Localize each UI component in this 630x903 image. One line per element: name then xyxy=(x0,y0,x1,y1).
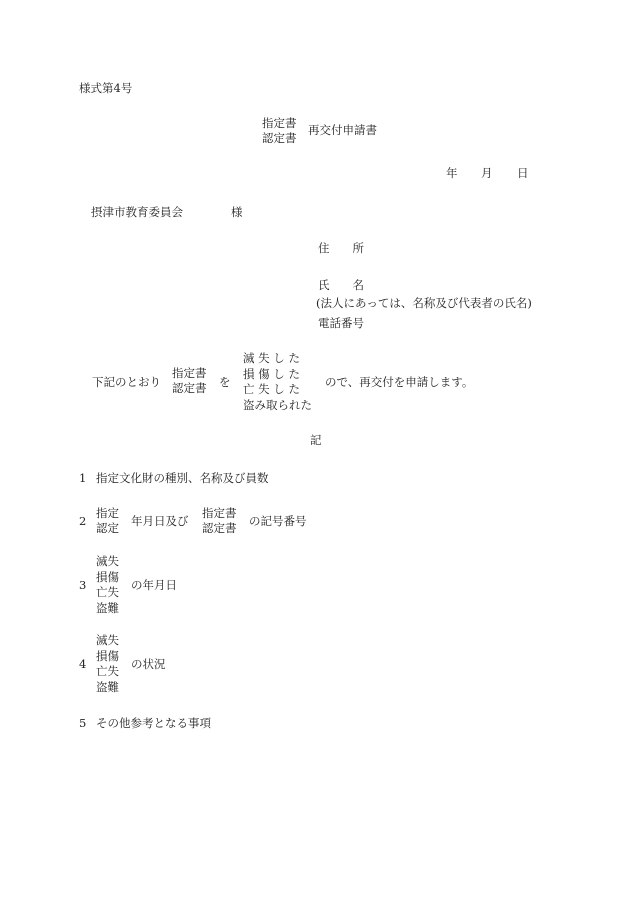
item-3-option-lost: 滅失 xyxy=(96,556,119,568)
item-4-option-damaged: 損傷 xyxy=(96,651,119,663)
item-2-suffix: の記号番号 xyxy=(249,516,307,528)
date-day-label: 日 xyxy=(517,168,529,180)
item-4-suffix: の状況 xyxy=(131,659,166,671)
item-2-number: 2 xyxy=(79,516,86,528)
item-2-middle: 年月日及び xyxy=(131,516,189,528)
item-3-option-stolen: 盗難 xyxy=(96,603,119,615)
addressee-honorific: 様 xyxy=(231,207,243,219)
ki-heading: 記 xyxy=(310,435,322,447)
form-number: 様式第4号 xyxy=(79,83,132,95)
statement-option-ninteisho: 認定書 xyxy=(172,383,207,395)
item-1-text: 指定文化財の種別、名称及び員数 xyxy=(96,473,269,485)
title-option-shiteisho: 指定書 xyxy=(262,118,297,130)
item-2-option-ninteisho: 認定書 xyxy=(202,523,237,535)
phone-label: 電話番号 xyxy=(318,318,364,330)
item-2-option-shiteisho: 指定書 xyxy=(202,508,237,520)
title-doc-options: 指定書 認定書 xyxy=(262,118,297,144)
item-2-option-nintei: 認定 xyxy=(96,523,119,535)
item-2-options-a: 指定 認定 xyxy=(96,508,119,534)
item-4-options: 滅失 損傷 亡失 盗難 xyxy=(96,635,119,693)
item-3-options: 滅失 損傷 亡失 盗難 xyxy=(96,556,119,614)
item-4-option-missing: 亡失 xyxy=(96,666,119,678)
addressee-name: 摂津市教育委員会 xyxy=(91,207,183,219)
name-label: 氏 名 xyxy=(318,280,364,292)
page-title: 再交付申請書 xyxy=(308,125,377,137)
date-year-label: 年 xyxy=(446,168,458,180)
item-3-option-damaged: 損傷 xyxy=(96,572,119,584)
item-1-number: 1 xyxy=(79,473,86,485)
item-2-options-b: 指定書 認定書 xyxy=(202,508,237,534)
reason-option-lost: 滅 失 し た xyxy=(243,353,312,365)
title-option-ninteisho: 認定書 xyxy=(262,133,297,145)
item-3-number: 3 xyxy=(79,580,86,592)
reason-option-stolen: 盗み取られた xyxy=(243,400,312,412)
statement-reason-options: 滅 失 し た 損 傷 し た 亡 失 し た 盗み取られた xyxy=(243,353,312,411)
reason-option-damaged: 損 傷 し た xyxy=(243,369,312,381)
item-5-number: 5 xyxy=(79,718,86,730)
address-label: 住 所 xyxy=(318,243,364,255)
item-3-option-missing: 亡失 xyxy=(96,587,119,599)
statement-particle: を xyxy=(219,377,231,389)
name-note: (法人にあっては、名称及び代表者の氏名) xyxy=(316,298,532,310)
item-3-suffix: の年月日 xyxy=(131,580,177,592)
statement-option-shiteisho: 指定書 xyxy=(172,368,207,380)
date-month-label: 月 xyxy=(481,168,493,180)
statement-suffix: ので、再交付を申請します。 xyxy=(325,377,473,389)
item-5-text: その他参考となる事項 xyxy=(96,718,211,730)
statement-prefix: 下記のとおり xyxy=(92,377,161,389)
reason-option-missing: 亡 失 し た xyxy=(243,384,312,396)
statement-doc-options: 指定書 認定書 xyxy=(172,368,207,394)
item-4-number: 4 xyxy=(79,659,86,671)
item-4-option-lost: 滅失 xyxy=(96,635,119,647)
item-4-option-stolen: 盗難 xyxy=(96,682,119,694)
item-2-option-shitei: 指定 xyxy=(96,508,119,520)
